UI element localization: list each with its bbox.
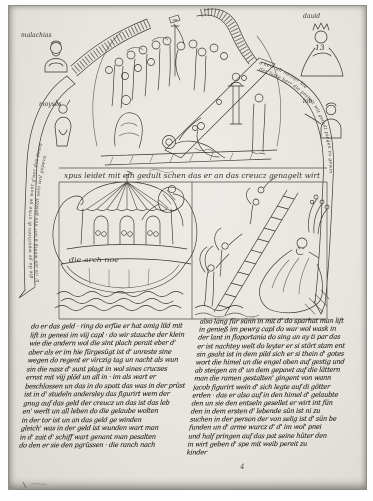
pencil-mark: 4 <box>240 463 244 471</box>
text-line: do er das geld · ring do erfüe er hat om… <box>31 322 200 331</box>
text-line: kinder <box>186 448 359 457</box>
figure-labels: malachias moyses dauid iob 13 die arch n… <box>21 13 325 264</box>
label-malachias: malachias <box>21 32 52 39</box>
jacobs-ladder-drawing <box>195 178 329 317</box>
right-banderole <box>197 9 333 314</box>
noahs-ark-drawing <box>53 171 197 311</box>
label-dauid: dauid <box>303 13 320 20</box>
edge-marks <box>23 482 47 488</box>
manuscript-photo: die da ge wuschzen di arme ge want g'uor… <box>8 5 367 490</box>
screenshot-root: { "page": { "paper_color": "#e9e6e1", "i… <box>0 0 373 501</box>
caption-band: xpus leidet mit ein gedult schen das er … <box>64 172 320 180</box>
central-scene-drawing <box>93 15 281 173</box>
prophet-top-left-figure <box>45 41 67 72</box>
text-line: wie die andern wol die sint plach perait… <box>29 339 198 348</box>
label-ark: die arch noe <box>69 257 120 264</box>
label-iob: iob <box>303 98 313 105</box>
text-line: ist in d' studeln andersley das figurirt… <box>24 390 193 399</box>
label-moyses: moyses <box>39 101 61 108</box>
text-column-right: also lang für sünn in mit d' do sparhat … <box>186 317 373 464</box>
page-number: 13 <box>315 43 325 52</box>
text-line: do den er sie den pgrüssen · die ranch n… <box>19 441 188 450</box>
text-column-left: do er das geld · ring do erfüe er hat om… <box>18 322 199 453</box>
text-line: wegen do regent er virczig tag un nacht … <box>27 356 196 365</box>
